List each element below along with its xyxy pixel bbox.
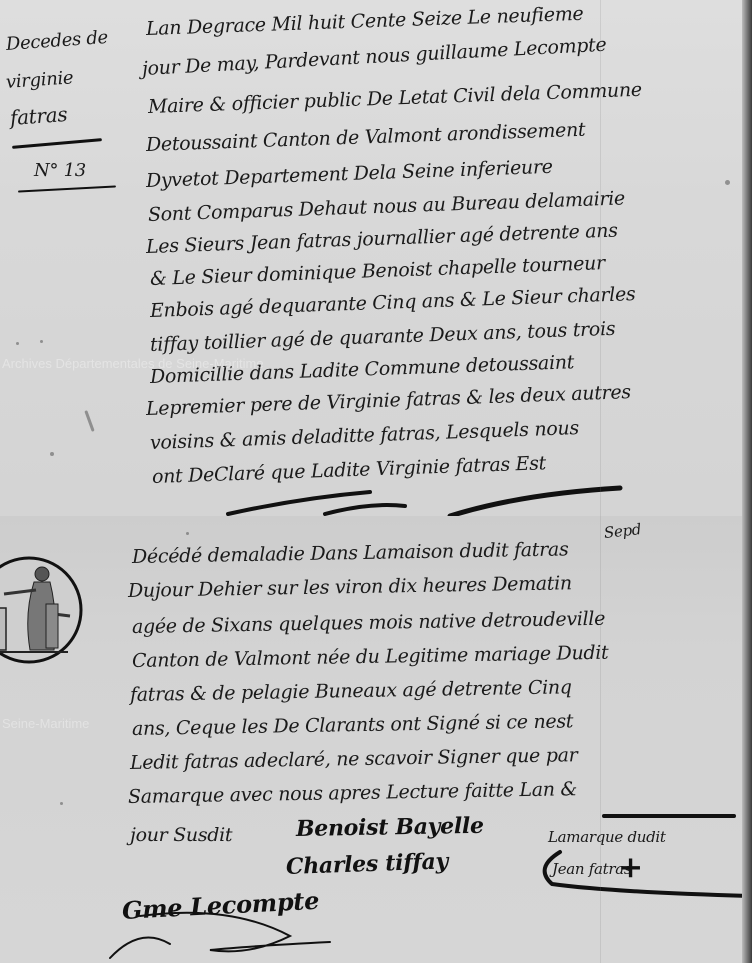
document-bottom-half: Sepd Décédé demaladie Dans Lamaison dudi… (0, 516, 752, 963)
margin-title-line1: Decedes de (5, 27, 108, 55)
body-line-1: Lan Degrace Mil huit Cente Seize Le neuf… (146, 3, 584, 40)
bottom-line-4: Canton de Valmont née du Legitime mariag… (132, 642, 609, 672)
paper-speckle (186, 532, 189, 535)
page-right-edge (742, 0, 752, 963)
bottom-line-6: ans, Ceque les De Clarants ont Signé si … (132, 710, 574, 740)
body-line-12: Lepremier pere de Virginie fatras & les … (146, 381, 632, 420)
seal-stamp-icon (0, 554, 84, 666)
body-line-2: jour De may, Pardevant nous guillaume Le… (141, 34, 606, 80)
body-line-6: Sont Comparus Dehaut nous au Bureau dela… (148, 187, 626, 226)
body-line-13: voisins & amis deladitte fatras, Lesquel… (150, 417, 580, 454)
signature-tiffay: Charles tiffay (286, 848, 449, 880)
bottom-line-5: fatras & de pelagie Buneaux agé detrente… (130, 676, 572, 706)
signature-rule (602, 814, 736, 818)
body-line-4: Detoussaint Canton de Valmont arondissem… (146, 119, 586, 156)
bottom-line-3: agée de Sixans quelques mois native detr… (132, 608, 605, 638)
bottom-line-7: Ledit fatras adeclaré, ne scavoir Signer… (130, 744, 578, 774)
mark-flourish (530, 846, 752, 906)
watermark-text: Archives Départementales de Seine-Mariti… (2, 356, 264, 371)
body-line-8: & Le Sieur dominique Benoist chapelle to… (150, 252, 606, 290)
margin-underline (12, 138, 102, 149)
corner-note: Sepd (603, 520, 642, 542)
body-line-7: Les Sieurs Jean fatras journallier agé d… (146, 220, 618, 258)
body-line-9: Enbois agé dequarante Cinq ans & Le Sieu… (150, 283, 636, 322)
body-line-10: tiffay toillier agé de quarante Deux ans… (150, 318, 616, 356)
paper-speckle (16, 342, 19, 345)
paper-speckle (60, 802, 63, 805)
margin-title-line2: virginie (5, 67, 74, 93)
body-line-5: Dyvetot Departement Dela Seine inferieur… (146, 156, 553, 192)
margin-title-line3: fatras (9, 102, 68, 130)
mark-label: Lamarque dudit (548, 828, 666, 846)
paper-mark (84, 410, 94, 432)
signature-benoist: Benoist Bayelle (296, 813, 484, 842)
page-fold (600, 0, 601, 963)
paper-speckle (50, 452, 54, 456)
body-line-3: Maire & officier public De Letat Civil d… (148, 79, 643, 118)
bottom-line-9: jour Susdit (130, 824, 232, 846)
bottom-line-1: Décédé demaladie Dans Lamaison dudit fat… (132, 538, 569, 568)
paper-speckle (40, 340, 43, 343)
paper-speckle (725, 180, 730, 185)
record-number: N° 13 (34, 160, 86, 181)
bottom-line-2: Dujour Dehier sur les viron dix heures D… (128, 572, 572, 602)
line-end-flourish (200, 480, 660, 516)
document-top-half: Decedes de virginie fatras N° 13 Lan Deg… (0, 0, 752, 516)
watermark-text: Seine-Maritime (2, 716, 89, 731)
mayor-flourish (100, 906, 340, 963)
bottom-line-8: Samarque avec nous apres Lecture faitte … (128, 778, 577, 808)
record-number-underline (18, 185, 116, 192)
